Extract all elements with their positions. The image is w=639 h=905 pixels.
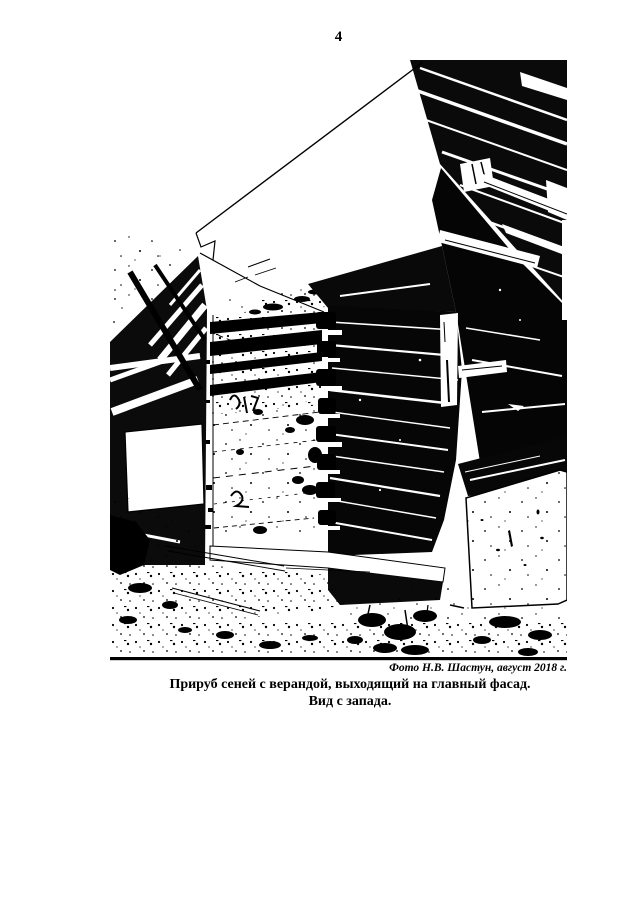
photo-caption: Прируб сеней с верандой, выходящий на гл… [110,677,590,710]
caption-line-1: Прируб сеней с верандой, выходящий на гл… [110,677,590,694]
page-number: 4 [110,30,567,45]
photo-credit: Фото Н.В. Шастун, август 2018 г. [110,661,567,675]
log-wall-west-face [204,305,322,560]
photo-bottom-border [110,657,567,660]
photo-figure [110,60,567,661]
document-page: 4 [0,0,639,905]
leaning-panel [458,436,567,608]
building-photo [110,60,567,661]
caption-line-2: Вид с запада. [110,694,590,711]
